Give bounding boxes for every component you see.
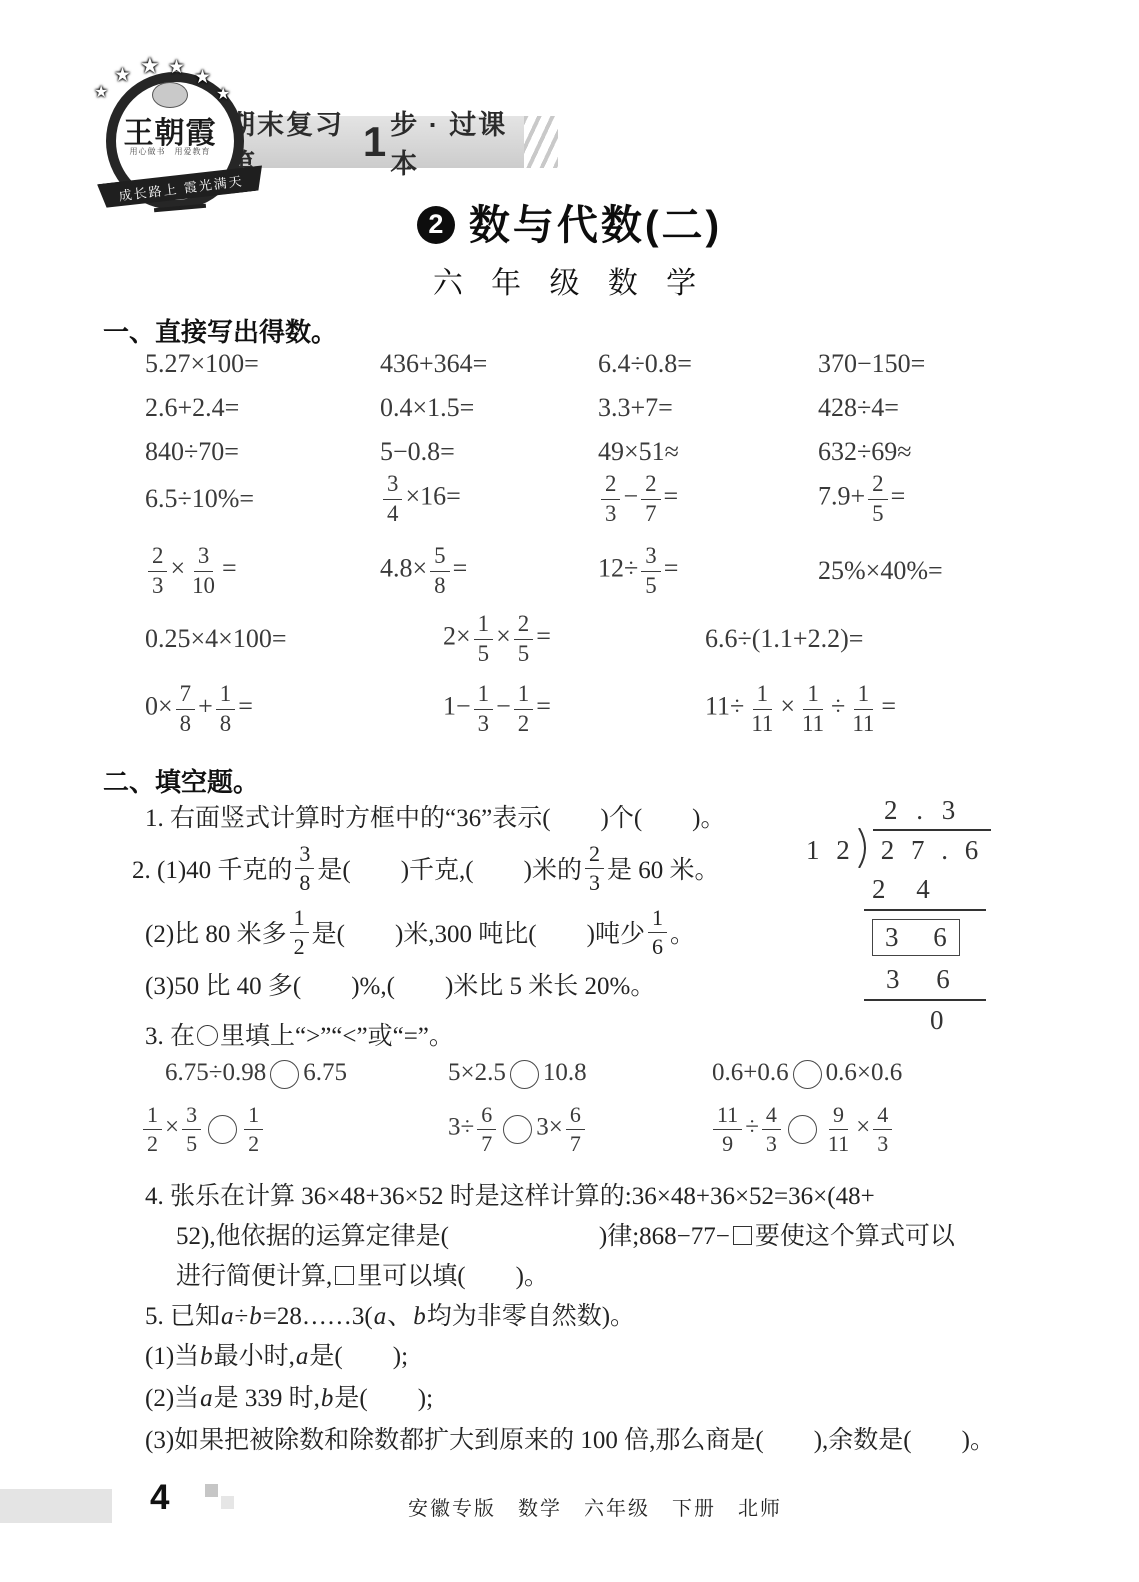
math-problem: 49×51≈ <box>598 437 818 467</box>
math-problem: 1−13−12= <box>443 682 705 735</box>
star-icon: ★ <box>216 84 230 103</box>
section-2-heading: 二、填空题。 <box>103 762 259 799</box>
fraction: 23 <box>148 544 167 597</box>
math-problem: 436+364= <box>380 349 598 379</box>
star-icon: ★ <box>114 64 131 86</box>
problem-row: 0.25×4×100= 2×15×25= 6.6÷(1.1+2.2)= <box>0 606 1139 672</box>
page-subtitle: 六 年 级 数 学 <box>0 258 1139 302</box>
fill-blank-q4-line3: 进行简便计算,里可以填( )。 <box>176 1256 549 1292</box>
title-text: 数与代数(二) <box>469 202 722 248</box>
fraction: 78 <box>176 682 195 735</box>
long-division-divisor: 1 2 <box>806 835 855 868</box>
fill-blank-q2-2: (2)比 80 米多12是( )米,300 吨比( )吨少16。 <box>145 900 695 964</box>
problem-row: 5.27×100= 436+364= 6.4÷0.8= 370−150= <box>0 344 1139 384</box>
worksheet-page: 期末复习第1步 · 过课本 ★ ★ ★ ★ ★ ★ 王朝霞 用心做书 用爱教育 … <box>0 0 1139 1582</box>
fraction: 12 <box>244 1103 263 1154</box>
math-problem: 4.8×58= <box>380 544 598 597</box>
division-line <box>864 999 986 1001</box>
fraction: 23 <box>601 472 620 525</box>
fill-blank-q1: 1. 右面竖式计算时方框中的“36”表示( )个( )。 <box>145 798 726 834</box>
fill-blank-q4-line2: 52),他依据的运算定律是( )律;868−77−要使这个算式可以 <box>176 1216 955 1252</box>
problem-row: 2.6+2.4= 0.4×1.5= 3.3+7= 428÷4= <box>0 388 1139 428</box>
fraction: 25 <box>868 472 887 525</box>
fill-blank-q5-3: (3)如果把被除数和除数都扩大到原来的 100 倍,那么商是( ),余数是( )… <box>145 1420 995 1456</box>
fill-blank-q4-line1: 4. 张乐在计算 36×48+36×52 时是这样计算的:36×48+36×52… <box>145 1176 875 1212</box>
fraction: 18 <box>216 682 235 735</box>
footer-edition: 安徽专版 数学 六年级 下册 北师 <box>380 1492 810 1521</box>
footer-page-number: 4 <box>150 1478 169 1518</box>
long-division-step1: 2 4 <box>806 874 992 905</box>
fraction: 38 <box>295 842 314 893</box>
banner-step-number: 1 <box>363 121 388 163</box>
math-problem: 6.75÷0.986.75 <box>165 1059 448 1089</box>
star-icon: ★ <box>94 82 108 101</box>
math-problem: 23×310= <box>145 544 380 597</box>
math-problem: 632÷69≈ <box>818 437 1139 467</box>
fraction: 67 <box>477 1103 496 1154</box>
math-problem: 12÷35= <box>598 544 818 597</box>
problem-row: 23×310= 4.8×58= 12÷35= 25%×40%= <box>0 538 1139 604</box>
math-problem: 0.4×1.5= <box>380 393 598 423</box>
fraction: 111 <box>798 682 828 735</box>
fraction: 25 <box>514 612 533 665</box>
fraction: 12 <box>143 1103 162 1154</box>
math-problem: 119÷43911×43 <box>710 1103 1139 1154</box>
fraction: 43 <box>762 1103 781 1154</box>
long-division-quotient: 2 . 3 <box>806 795 992 826</box>
square-placeholder <box>733 1226 752 1245</box>
math-problem: 5.27×100= <box>145 349 380 379</box>
math-problem: 2.6+2.4= <box>145 393 380 423</box>
long-division-remainder: 0 <box>806 1005 992 1036</box>
math-problem: 370−150= <box>818 349 1139 379</box>
header-banner: 期末复习第1步 · 过课本 <box>228 116 524 168</box>
math-problem: 12×3512 <box>140 1103 448 1154</box>
star-icon: ★ <box>168 56 185 78</box>
long-division-dividend: 2 7 . 6 <box>873 829 992 868</box>
fill-blank-q5-2: (2)当a是 339 时,b是( ); <box>145 1378 433 1414</box>
circle-placeholder <box>197 1025 218 1046</box>
long-division: 2 . 3 1 2 2 7 . 6 2 4 3 6 3 6 0 <box>806 795 992 1036</box>
problem-row: 0×78+18= 1−13−12= 11÷111×111÷111= <box>0 676 1139 742</box>
fraction: 43 <box>873 1103 892 1154</box>
fraction: 34 <box>383 472 402 525</box>
compare-circle <box>503 1115 532 1144</box>
fraction: 16 <box>648 906 667 957</box>
footer-square-mark <box>205 1484 218 1497</box>
math-problem: 6.4÷0.8= <box>598 349 818 379</box>
math-problem: 0×78+18= <box>145 682 443 735</box>
math-problem: 5−0.8= <box>380 437 598 467</box>
problem-row: 6.5÷10%= 34×16= 23−27= 7.9+25= <box>0 466 1139 532</box>
math-problem: 25%×40%= <box>818 556 1139 586</box>
fill-blank-q2-1: 2. (1)40 千克的38是( )千克,( )米的23是 60 米。 <box>132 836 719 900</box>
fraction: 35 <box>182 1103 201 1154</box>
compare-circle <box>208 1115 237 1144</box>
fraction: 13 <box>474 682 493 735</box>
fraction: 310 <box>188 544 219 597</box>
fill-blank-q5-1: (1)当b最小时,a是( ); <box>145 1336 408 1372</box>
division-bracket-icon <box>857 828 873 868</box>
math-problem: 0.6+0.60.6×0.6 <box>712 1059 1139 1089</box>
compare-row: 6.75÷0.986.75 5×2.510.8 0.6+0.60.6×0.6 <box>0 1052 1139 1096</box>
math-problem: 840÷70= <box>145 437 380 467</box>
banner-text-post: 步 · 过课本 <box>390 103 524 181</box>
compare-circle <box>510 1060 539 1089</box>
long-division-boxed-36: 3 6 <box>872 919 960 956</box>
footer-square-mark <box>221 1496 234 1509</box>
math-problem: 3.3+7= <box>598 393 818 423</box>
star-icon: ★ <box>140 54 160 79</box>
math-problem: 3÷673×67 <box>448 1103 710 1154</box>
math-problem: 0.25×4×100= <box>145 624 443 654</box>
fraction: 119 <box>713 1103 742 1154</box>
math-problem: 34×16= <box>380 472 598 525</box>
fraction: 111 <box>848 682 878 735</box>
fraction: 911 <box>824 1103 853 1154</box>
fill-blank-q3-heading: 3. 在里填上“>”“<”或“=”。 <box>145 1016 454 1052</box>
fraction: 23 <box>585 842 604 893</box>
fraction: 58 <box>430 544 449 597</box>
fraction: 12 <box>290 906 309 957</box>
compare-circle <box>270 1060 299 1089</box>
square-placeholder <box>335 1266 354 1285</box>
logo-photo <box>152 82 188 108</box>
compare-circle <box>788 1115 817 1144</box>
title-badge: 2 <box>417 206 455 244</box>
logo-sub-text: 用心做书 用爱教育 <box>96 146 244 157</box>
fraction: 67 <box>566 1103 585 1154</box>
math-problem: 5×2.510.8 <box>448 1059 712 1089</box>
page-title: 2数与代数(二) <box>0 192 1139 251</box>
long-division-step2: 3 6 <box>806 964 992 995</box>
math-problem: 6.5÷10%= <box>145 484 380 514</box>
fill-blank-q2-3: (3)50 比 40 多( )%,( )米比 5 米长 20%。 <box>145 966 655 1002</box>
footer-page-bar <box>0 1489 112 1523</box>
math-problem: 2×15×25= <box>443 612 705 665</box>
banner-hatch <box>524 116 558 168</box>
compare-circle <box>793 1060 822 1089</box>
math-problem: 11÷111×111÷111= <box>705 682 1139 735</box>
math-problem: 23−27= <box>598 472 818 525</box>
fraction: 27 <box>641 472 660 525</box>
fraction: 12 <box>514 682 533 735</box>
math-problem: 428÷4= <box>818 393 1139 423</box>
fraction: 35 <box>641 544 660 597</box>
star-icon: ★ <box>194 66 211 88</box>
fraction: 15 <box>474 612 493 665</box>
fraction: 111 <box>747 682 777 735</box>
math-problem: 6.6÷(1.1+2.2)= <box>705 624 1139 654</box>
math-problem: 7.9+25= <box>818 472 1139 525</box>
compare-row: 12×3512 3÷673×67 119÷43911×43 <box>0 1096 1139 1162</box>
fill-blank-q5: 5. 已知a÷b=28……3(a、b均为非零自然数)。 <box>145 1296 635 1332</box>
